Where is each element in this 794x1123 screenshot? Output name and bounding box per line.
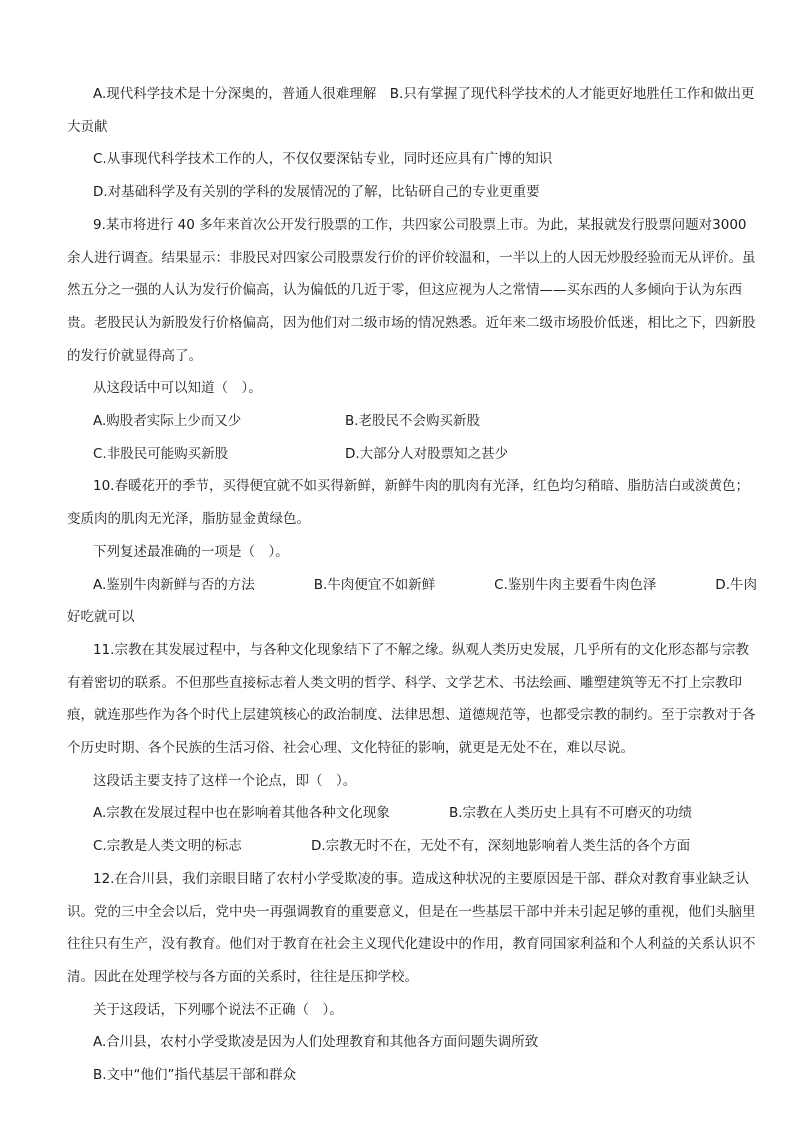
- document-page: A.现代科学技术是十分深奥的，普通人很难理解 B.只有掌握了现代科学技术的人才能…: [67, 78, 757, 1092]
- q9-options-row-2: C.非股民可能购买新股 D.大部分人对股票知之甚少: [67, 438, 757, 471]
- q10-stem: 10.春暖花开的季节，买得便宜就不如买得新鲜，新鲜牛肉的肌肉有光泽，红色均匀稍暗…: [67, 470, 757, 535]
- q10-option-b: B.牛肉便宜不如新鲜: [314, 569, 436, 602]
- q10-options-row: A.鉴别牛肉新鲜与否的方法 B.牛肉便宜不如新鲜 C.鉴别牛肉主要看牛肉色泽 D…: [67, 569, 757, 602]
- q8-option-a: A.现代科学技术是十分深奥的，普通人很难理解: [93, 86, 376, 102]
- q11-stem: 11.宗教在其发展过程中，与各种文化现象结下了不解之缘。纵观人类历史发展，几乎所…: [67, 634, 757, 765]
- q11-options-row-2: C.宗教是人类文明的标志 D.宗教无时不在，无处不有，深刻地影响着人类生活的各个…: [67, 830, 757, 863]
- q10-question: 下列复述最准确的一项是（ ）。: [67, 536, 757, 569]
- q9-option-d: D.大部分人对股票知之甚少: [345, 438, 508, 471]
- q12-option-b: B.文中“他们”指代基层干部和群众: [67, 1059, 757, 1092]
- q8-option-c: C.从事现代科学技术工作的人，不仅仅要深钻专业，同时还应具有广博的知识: [67, 143, 757, 176]
- q9-option-b: B.老股民不会购买新股: [345, 405, 480, 438]
- q10-option-d-continued: 好吃就可以: [67, 601, 757, 634]
- q9-options-row-1: A.购股者实际上少而又少 B.老股民不会购买新股: [67, 405, 757, 438]
- q9-question: 从这段话中可以知道（ ）。: [67, 372, 757, 405]
- q9-option-c: C.非股民可能购买新股: [93, 438, 345, 471]
- q11-question: 这段话主要支持了这样一个论点，即（ ）。: [67, 765, 757, 798]
- q10-option-a: A.鉴别牛肉新鲜与否的方法: [93, 569, 255, 602]
- q12-option-a: A.合川县，农村小学受欺凌是因为人们处理教育和其他各方面问题失调所致: [67, 1026, 757, 1059]
- q8-options-ab: A.现代科学技术是十分深奥的，普通人很难理解 B.只有掌握了现代科学技术的人才能…: [67, 78, 757, 143]
- q11-option-a: A.宗教在发展过程中也在影响着其他各种文化现象: [93, 797, 449, 830]
- q11-option-b: B.宗教在人类历史上具有不可磨灭的功绩: [449, 797, 692, 830]
- q12-question: 关于这段话，下列哪个说法不正确（ ）。: [67, 994, 757, 1027]
- q9-option-a: A.购股者实际上少而又少: [93, 405, 345, 438]
- q10-option-d: D.牛肉: [715, 569, 757, 602]
- q11-option-d: D.宗教无时不在，无处不有，深刻地影响着人类生活的各个方面: [311, 830, 690, 863]
- q10-option-c: C.鉴别牛肉主要看牛肉色泽: [494, 569, 656, 602]
- q12-stem: 12.在合川县，我们亲眼目睹了农村小学受欺凌的事。造成这种状况的主要原因是干部、…: [67, 863, 757, 994]
- q9-stem: 9.某市将进行 40 多年来首次公开发行股票的工作，共四家公司股票上市。为此，某…: [67, 209, 757, 373]
- q11-options-row-1: A.宗教在发展过程中也在影响着其他各种文化现象 B.宗教在人类历史上具有不可磨灭…: [67, 797, 757, 830]
- q8-option-d: D.对基础科学及有关别的学科的发展情况的了解，比钻研自己的专业更重要: [67, 176, 757, 209]
- q11-option-c: C.宗教是人类文明的标志: [93, 830, 311, 863]
